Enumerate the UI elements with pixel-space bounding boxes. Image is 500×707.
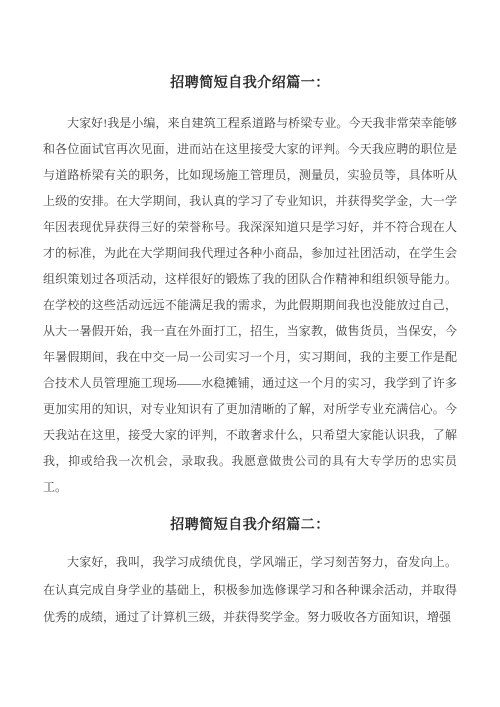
document-page: 招聘简短自我介绍篇一： 大家好!我是小编，来自建筑工程系道路与桥梁专业。今天我非…	[0, 0, 500, 707]
section-2-heading: 招聘简短自我介绍篇二：	[0, 514, 500, 538]
section-2-paragraph: 大家好，我叫，我学习成绩优良，学风端正，学习刻苦努力，奋发向上。在认真完成自身学…	[43, 549, 457, 632]
section-1-heading: 招聘简短自我介绍篇一：	[0, 72, 500, 96]
section-1-paragraph: 大家好!我是小编，来自建筑工程系道路与桥梁专业。今天我非常荣幸能够和各位面试官再…	[43, 110, 457, 500]
